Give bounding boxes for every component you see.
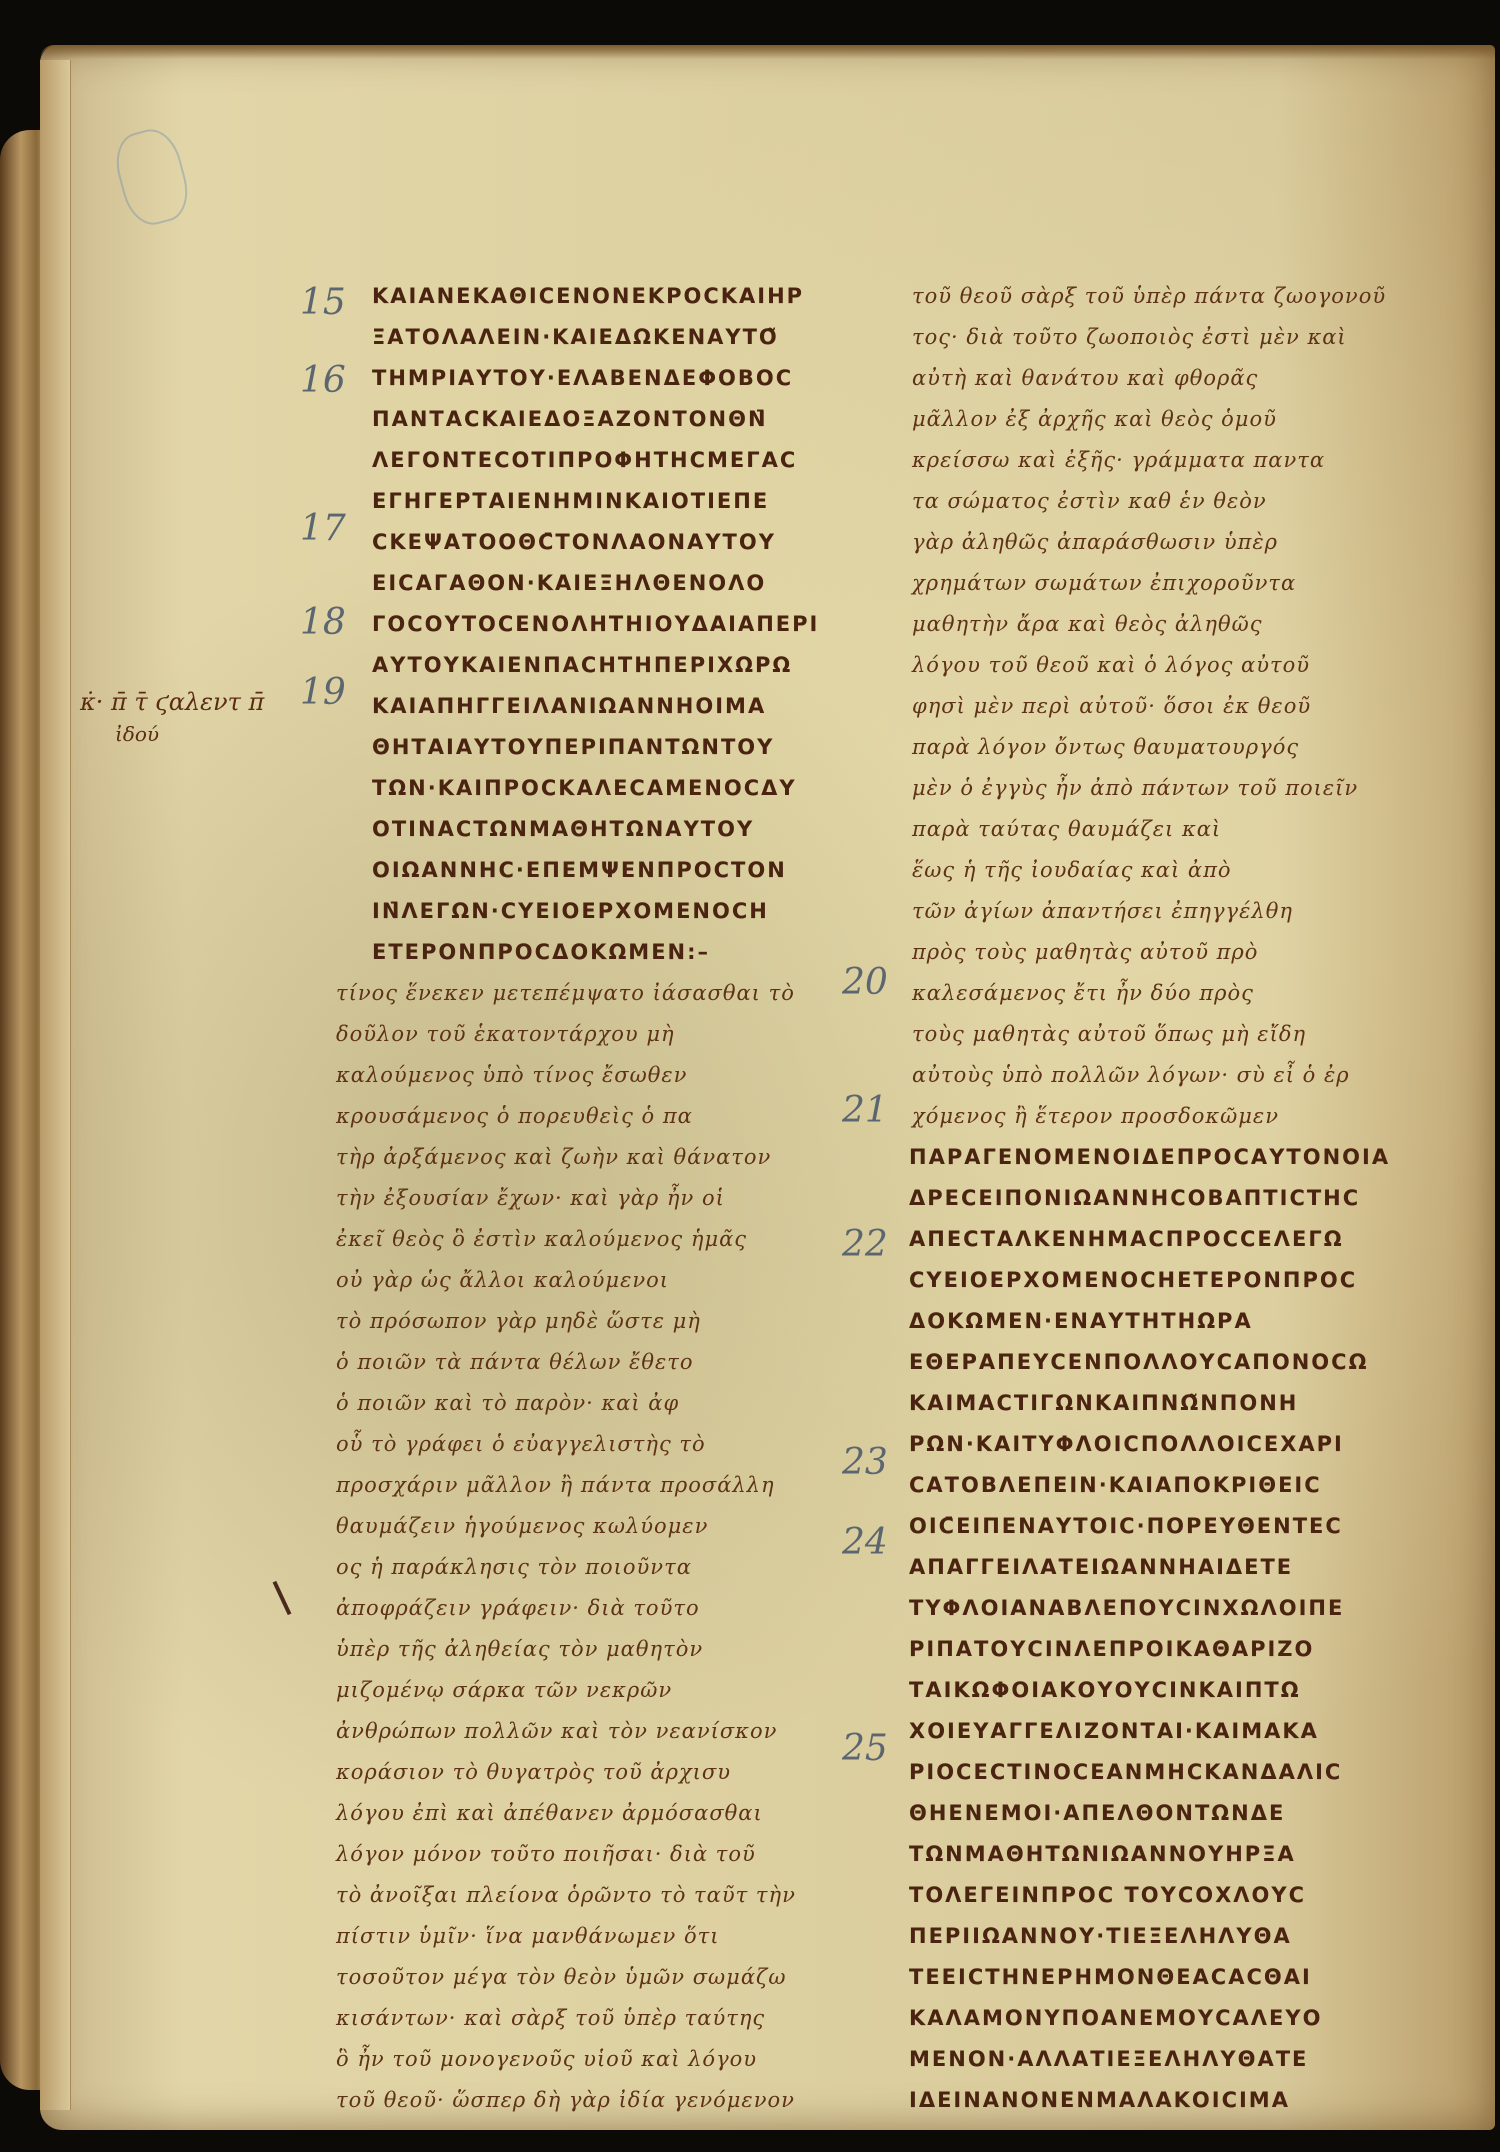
text-line: ΑΠΑΓΓΕΙΛΑΤΕΙΩΑΝΝΗΑΙΔΕΤΕ: [909, 1547, 1322, 1588]
text-line: ΚΑΙΜΑϹΤΙΓΩΝΚΑΙΠΝΩ͂ΝΠΟΝΗ: [909, 1383, 1322, 1424]
commentary-line: μιζομένῳ σάρκα τῶν νεκρῶν: [336, 1670, 772, 1711]
text-line: ΤΕΕΙϹΤΗΝΕΡΗΜΟΝΘΕΑϹΑϹΘΑΙ: [909, 1957, 1322, 1998]
commentary-line: λόγου ἐπὶ καὶ ἀπέθανεν ἀρμόσασθαι: [336, 1793, 772, 1834]
commentary-line: παρὰ λόγον ὄντως θαυματουργός: [912, 727, 1322, 768]
gospel-text-block: ΚΑΙΑΝΕΚΑΘΙϹΕΝΟΝΕΚΡΟϹΚΑΙΗΡ ΞΑΤΟΛΑΛΕΙΝ·ΚΑΙ…: [372, 276, 772, 973]
text-line: ϹΑΤΟΒΛΕΠΕΙΝ·ΚΑΙΑΠΟΚΡΙΘΕΙϹ: [909, 1465, 1322, 1506]
commentary-line: λόγου τοῦ θεοῦ καὶ ὁ λόγος αὐτοῦ: [912, 645, 1322, 686]
commentary-line: τοὺς μαθητὰς αὐτοῦ ὅπως μὴ εἴδη: [912, 1014, 1322, 1055]
commentary-line: προσχάριν μᾶλλον ἢ πάντα προσάλλη: [336, 1465, 772, 1506]
commentary-line: οὗ τὸ γράφει ὁ εὐαγγελιστὴς τὸ: [336, 1424, 772, 1465]
text-line: ΓΟϹΟΥΤΟϹΕΝΟΛΗΤΗΙΟΥΔΑΙΑΠΕΡΙ: [372, 604, 772, 645]
text-line: ΧΟΙΕΥΑΓΓΕΛΙΖΟΝΤΑΙ·ΚΑΙΜΑΚΑ: [909, 1711, 1322, 1752]
verse-number: 20: [842, 962, 888, 1003]
right-column: τοῦ θεοῦ σὰρξ τοῦ ὑπὲρ πάντα ζωογονοῦ το…: [912, 276, 1322, 2121]
commentary-line: καλούμενος ὑπὸ τίνος ἔσωθεν: [336, 1055, 772, 1096]
verse-number: 17: [300, 508, 346, 549]
commentary-line: τοῦ θεοῦ σὰρξ τοῦ ὑπὲρ πάντα ζωογονοῦ: [912, 276, 1322, 317]
commentary-line: μαθητὴν ἄρα καὶ θεὸς ἀληθῶς: [912, 604, 1322, 645]
text-line: ΘΗΕΝΕΜΟΙ·ΑΠΕΛΘΟΝΤΩΝΔΕ: [909, 1793, 1322, 1834]
text-line: ΟΤΙΝΑϹΤΩΝΜΑΘΗΤΩΝΑΥΤΟΥ: [372, 809, 772, 850]
text-line: ΤΥΦΛΟΙΑΝΑΒΛΕΠΟΥϹΙΝΧΩΛΟΙΠΕ: [909, 1588, 1322, 1629]
text-line: ΕΓΗΓΕΡΤΑΙΕΝΗΜΙΝΚΑΙΟΤΙΕΠΕ: [372, 481, 772, 522]
commentary-line: παρὰ ταύτας θαυμάζει καὶ: [912, 809, 1322, 850]
text-line: ΡΙΠΑΤΟΥϹΙΝΛΕΠΡΟΙΚΑΘΑΡΙΖΟ: [909, 1629, 1322, 1670]
page-gutter: [40, 60, 71, 2110]
text-line: ΘΗΤΑΙΑΥΤΟΥΠΕΡΙΠΑΝΤΩΝΤΟΥ: [372, 727, 772, 768]
commentary-line: χόμενος ἢ ἕτερον προσδοκῶμεν: [912, 1096, 1322, 1137]
text-line: ΚΑΙΑΝΕΚΑΘΙϹΕΝΟΝΕΚΡΟϹΚΑΙΗΡ: [372, 276, 772, 317]
commentary-line: λόγον μόνον τοῦτο ποιῆσαι· διὰ τοῦ: [336, 1834, 772, 1875]
commentary-line: μὲν ὁ ἐγγὺς ἦν ἀπὸ πάντων τοῦ ποιεῖν: [912, 768, 1322, 809]
left-column: ΚΑΙΑΝΕΚΑΘΙϹΕΝΟΝΕΚΡΟϹΚΑΙΗΡ ΞΑΤΟΛΑΛΕΙΝ·ΚΑΙ…: [372, 276, 772, 2121]
margin-note-line-1: κ̇· π̄ τ̄ ϛαλεντ π̄: [80, 688, 264, 716]
verse-number: 24: [842, 1522, 888, 1563]
commentary-line: ὁ ποιῶν καὶ τὸ παρὸν· καὶ ἀφ: [336, 1383, 772, 1424]
text-line: ΞΑΤΟΛΑΛΕΙΝ·ΚΑΙΕΔΩΚΕΝΑΥΤΟ͂: [372, 317, 772, 358]
verse-number: 16: [300, 360, 346, 401]
commentary-line: τοῦ θεοῦ· ὥσπερ δὴ γὰρ ἰδία γενόμενον: [336, 2080, 772, 2121]
commentary-line: χρημάτων σωμάτων ἐπιχοροῦντα: [912, 563, 1322, 604]
text-line: ϹΚΕΨΑΤΟΟΘϹ̄ΤΟΝΛΑΟΝΑΥΤΟΥ: [372, 522, 772, 563]
text-line: ΤΩΝΜΑΘΗΤΩΝΙΩΑΝΝΟΥΗΡΞΑ: [909, 1834, 1322, 1875]
text-line: ΡΙΟϹΕϹΤΙΝΟϹΕΑΝΜΗϹΚΑΝΔΑΛΙϹ: [909, 1752, 1322, 1793]
text-line: ΚΑΛΑΜΟΝΥΠΟΑΝΕΜΟΥϹΑΛΕΥΟ: [909, 1998, 1322, 2039]
commentary-line: φησὶ μὲν περὶ αὐτοῦ· ὅσοι ἐκ θεοῦ: [912, 686, 1322, 727]
text-line: ΠΑΡΑΓΕΝΟΜΕΝΟΙΔΕΠΡΟϹΑΥΤΟΝΟΙΑ: [909, 1137, 1322, 1178]
text-line: ΔΡΕϹΕΙΠΟΝΙΩΑΝΝΗϹΟΒΑΠΤΙϹΤΗϹ: [909, 1178, 1322, 1219]
text-line: ΤΩΝ·ΚΑΙΠΡΟϹΚΑΛΕϹΑΜΕΝΟϹΔΥ: [372, 768, 772, 809]
text-line: ΕΘΕΡΑΠΕΥϹΕΝΠΟΛΛΟΥϹΑΠΟΝΟϹΩ: [909, 1342, 1322, 1383]
gospel-text-block: ΠΑΡΑΓΕΝΟΜΕΝΟΙΔΕΠΡΟϹΑΥΤΟΝΟΙΑ ΔΡΕϹΕΙΠΟΝΙΩΑ…: [909, 1137, 1322, 2121]
commentary-line: ἕως ἡ τῆς ἰουδαίας καὶ ἀπὸ: [912, 850, 1322, 891]
text-line: ΤΟΛΕΓΕΙΝΠΡΟϹ ΤΟΥϹΟΧΛΟΥϹ: [909, 1875, 1322, 1916]
commentary-line: αὐτὴ καὶ θανάτου καὶ φθορᾶς: [912, 358, 1322, 399]
commentary-line: τοσοῦτον μέγα τὸν θεὸν ὑμῶν σωμάζω: [336, 1957, 772, 1998]
text-line: ΟΙϹ̄ΕΙΠΕΝΑΥΤΟΙϹ·ΠΟΡΕΥΘΕΝΤΕϹ: [909, 1506, 1322, 1547]
text-line: ΡΩΝ·ΚΑΙΤΥΦΛΟΙϹΠΟΛΛΟΙϹΕΧΑΡΙ: [909, 1424, 1322, 1465]
text-line: ΠΕΡΙΙΩΑΝΝΟΥ·ΤΙΕΞΕΛΗΛΥΘΑ: [909, 1916, 1322, 1957]
verse-number: 15: [300, 282, 346, 323]
commentary-line: αὐτοὺς ὑπὸ πολλῶν λόγων· σὺ εἶ ὁ ἐρ: [912, 1055, 1322, 1096]
margin-note-line-2: ἰδού: [115, 722, 159, 746]
commentary-line: κρείσσω καὶ ἐξῆς· γράμματα παντα: [912, 440, 1322, 481]
commentary-line: γὰρ ἀληθῶς ἀπαράσθωσιν ὑπὲρ: [912, 522, 1322, 563]
commentary-line: κισάντων· καὶ σὰρξ τοῦ ὑπὲρ ταύτης: [336, 1998, 772, 2039]
text-line: ΛΕΓΟΝΤΕϹΟΤΙΠΡΟΦΗΤΗϹΜΕΓΑϹ: [372, 440, 772, 481]
commentary-line: κοράσιον τὸ θυγατρὸς τοῦ ἀρχισυ: [336, 1752, 772, 1793]
commentary-line: οὐ γὰρ ὡς ἄλλοι καλούμενοι: [336, 1260, 772, 1301]
text-line: ΙΝ̄ΛΕΓΩΝ·ϹΥΕΙΟΕΡΧΟΜΕΝΟϹΗ: [372, 891, 772, 932]
commentary-line: πίστιν ὑμῖν· ἵνα μανθάνωμεν ὅτι: [336, 1916, 772, 1957]
text-line: ΚΑΙΑΠΗΓΓΕΙΛΑΝΙΩΑΝΝΗΟΙΜΑ: [372, 686, 772, 727]
commentary-line: τὴν ἐξουσίαν ἔχων· καὶ γὰρ ἦν οἱ: [336, 1178, 772, 1219]
verse-number: 19: [300, 672, 346, 713]
verse-number: 23: [842, 1442, 888, 1483]
commentary-line: ὑπὲρ τῆς ἀληθείας τὸν μαθητὸν: [336, 1629, 772, 1670]
verse-number: 21: [842, 1090, 888, 1131]
commentary-line: τὸ ἀνοῖξαι πλείονα ὁρῶντο τὸ ταῦτ τὴν: [336, 1875, 772, 1916]
text-line: ΟΙΩΑΝΝΗϹ·ΕΠΕΜΨΕΝΠΡΟϹΤΟΝ: [372, 850, 772, 891]
text-line: ΤΑΙΚΩΦΟΙΑΚΟΥΟΥϹΙΝΚΑΙΠΤΩ: [909, 1670, 1322, 1711]
commentary-line: κρουσάμενος ὁ πορευθεὶς ὁ πα: [336, 1096, 772, 1137]
commentary-line: τα σώματος ἐστὶν καθ ἑν θεὸν: [912, 481, 1322, 522]
text-line: ΑΥΤΟΥΚΑΙΕΝΠΑϹΗΤΗΠΕΡΙΧΩΡΩ: [372, 645, 772, 686]
text-line: ΙΔΕΙΝΑΝΟΝΕΝΜΑΛΑΚΟΙϹΙΜΑ: [909, 2080, 1322, 2121]
commentary-line: τος· διὰ τοῦτο ζωοποιὸς ἐστὶ μὲν καὶ: [912, 317, 1322, 358]
verse-number: 18: [300, 602, 346, 643]
commentary-line: τὴρ ἀρξάμενος καὶ ζωὴν καὶ θάνατον: [336, 1137, 772, 1178]
text-line: ΔΟΚΩΜΕΝ·ΕΝΑΥΤΗΤΗΩΡΑ: [909, 1301, 1322, 1342]
commentary-line: ὁ ποιῶν τὰ πάντα θέλων ἔθετο: [336, 1342, 772, 1383]
commentary-line: δοῦλον τοῦ ἑκατοντάρχου μὴ: [336, 1014, 772, 1055]
verse-number: 25: [842, 1728, 888, 1769]
commentary-line: ἀποφράζειν γράφειν· διὰ τοῦτο: [336, 1588, 772, 1629]
text-line: ΤΗΜΡΙΑΥΤΟΥ·ΕΛΑΒΕΝΔΕΦΟΒΟϹ: [372, 358, 772, 399]
text-line: ΕΤΕΡΟΝΠΡΟϹΔΟΚΩΜΕΝ:–: [372, 932, 772, 973]
text-line: ΜΕΝΟΝ·ΑΛΛΑΤΙΕΞΕΛΗΛΥΘΑΤΕ: [909, 2039, 1322, 2080]
text-line: ϹΥΕΙΟΕΡΧΟΜΕΝΟϹΗΕΤΕΡΟΝΠΡΟϹ: [909, 1260, 1322, 1301]
commentary-line: καλεσάμενος ἔτι ἦν δύο πρὸς: [912, 973, 1322, 1014]
text-line: ΕΙϹΑΓΑΘΟΝ·ΚΑΙΕΞΗΛΘΕΝΟΛΟ: [372, 563, 772, 604]
commentary-line: τίνος ἕνεκεν μετεπέμψατο ἰάσασθαι τὸ: [336, 973, 772, 1014]
commentary-line: θαυμάζειν ἡγούμενος κωλύομεν: [336, 1506, 772, 1547]
commentary-line: μᾶλλον ἐξ ἀρχῆς καὶ θεὸς ὁμοῦ: [912, 399, 1322, 440]
text-line: ΠΑΝΤΑϹΚΑΙΕΔΟΞΑΖΟΝΤΟΝΘΝ̄: [372, 399, 772, 440]
commentary-block: τίνος ἕνεκεν μετεπέμψατο ἰάσασθαι τὸ δοῦ…: [336, 973, 772, 2121]
commentary-line: ος ἡ παράκλησις τὸν ποιοῦντα: [336, 1547, 772, 1588]
commentary-line: ὃ ἦν τοῦ μονογενοῦς υἱοῦ καὶ λόγου: [336, 2039, 772, 2080]
commentary-line: ἀνθρώπων πολλῶν καὶ τὸν νεανίσκον: [336, 1711, 772, 1752]
commentary-line: ἐκεῖ θεὸς ὃ ἐστὶν καλούμενος ἡμᾶς: [336, 1219, 772, 1260]
commentary-line: πρὸς τοὺς μαθητὰς αὐτοῦ πρὸ: [912, 932, 1322, 973]
commentary-line: τὸ πρόσωπον γὰρ μηδὲ ὥστε μὴ: [336, 1301, 772, 1342]
verse-number: 22: [842, 1224, 888, 1265]
text-line: ΑΠΕϹΤΑΛΚΕΝΗΜΑϹΠΡΟϹϹΕΛΕΓΩ: [909, 1219, 1322, 1260]
commentary-block: τοῦ θεοῦ σὰρξ τοῦ ὑπὲρ πάντα ζωογονοῦ το…: [912, 276, 1322, 1137]
commentary-line: τῶν ἀγίων ἀπαντήσει ἐπηγγέλθη: [912, 891, 1322, 932]
